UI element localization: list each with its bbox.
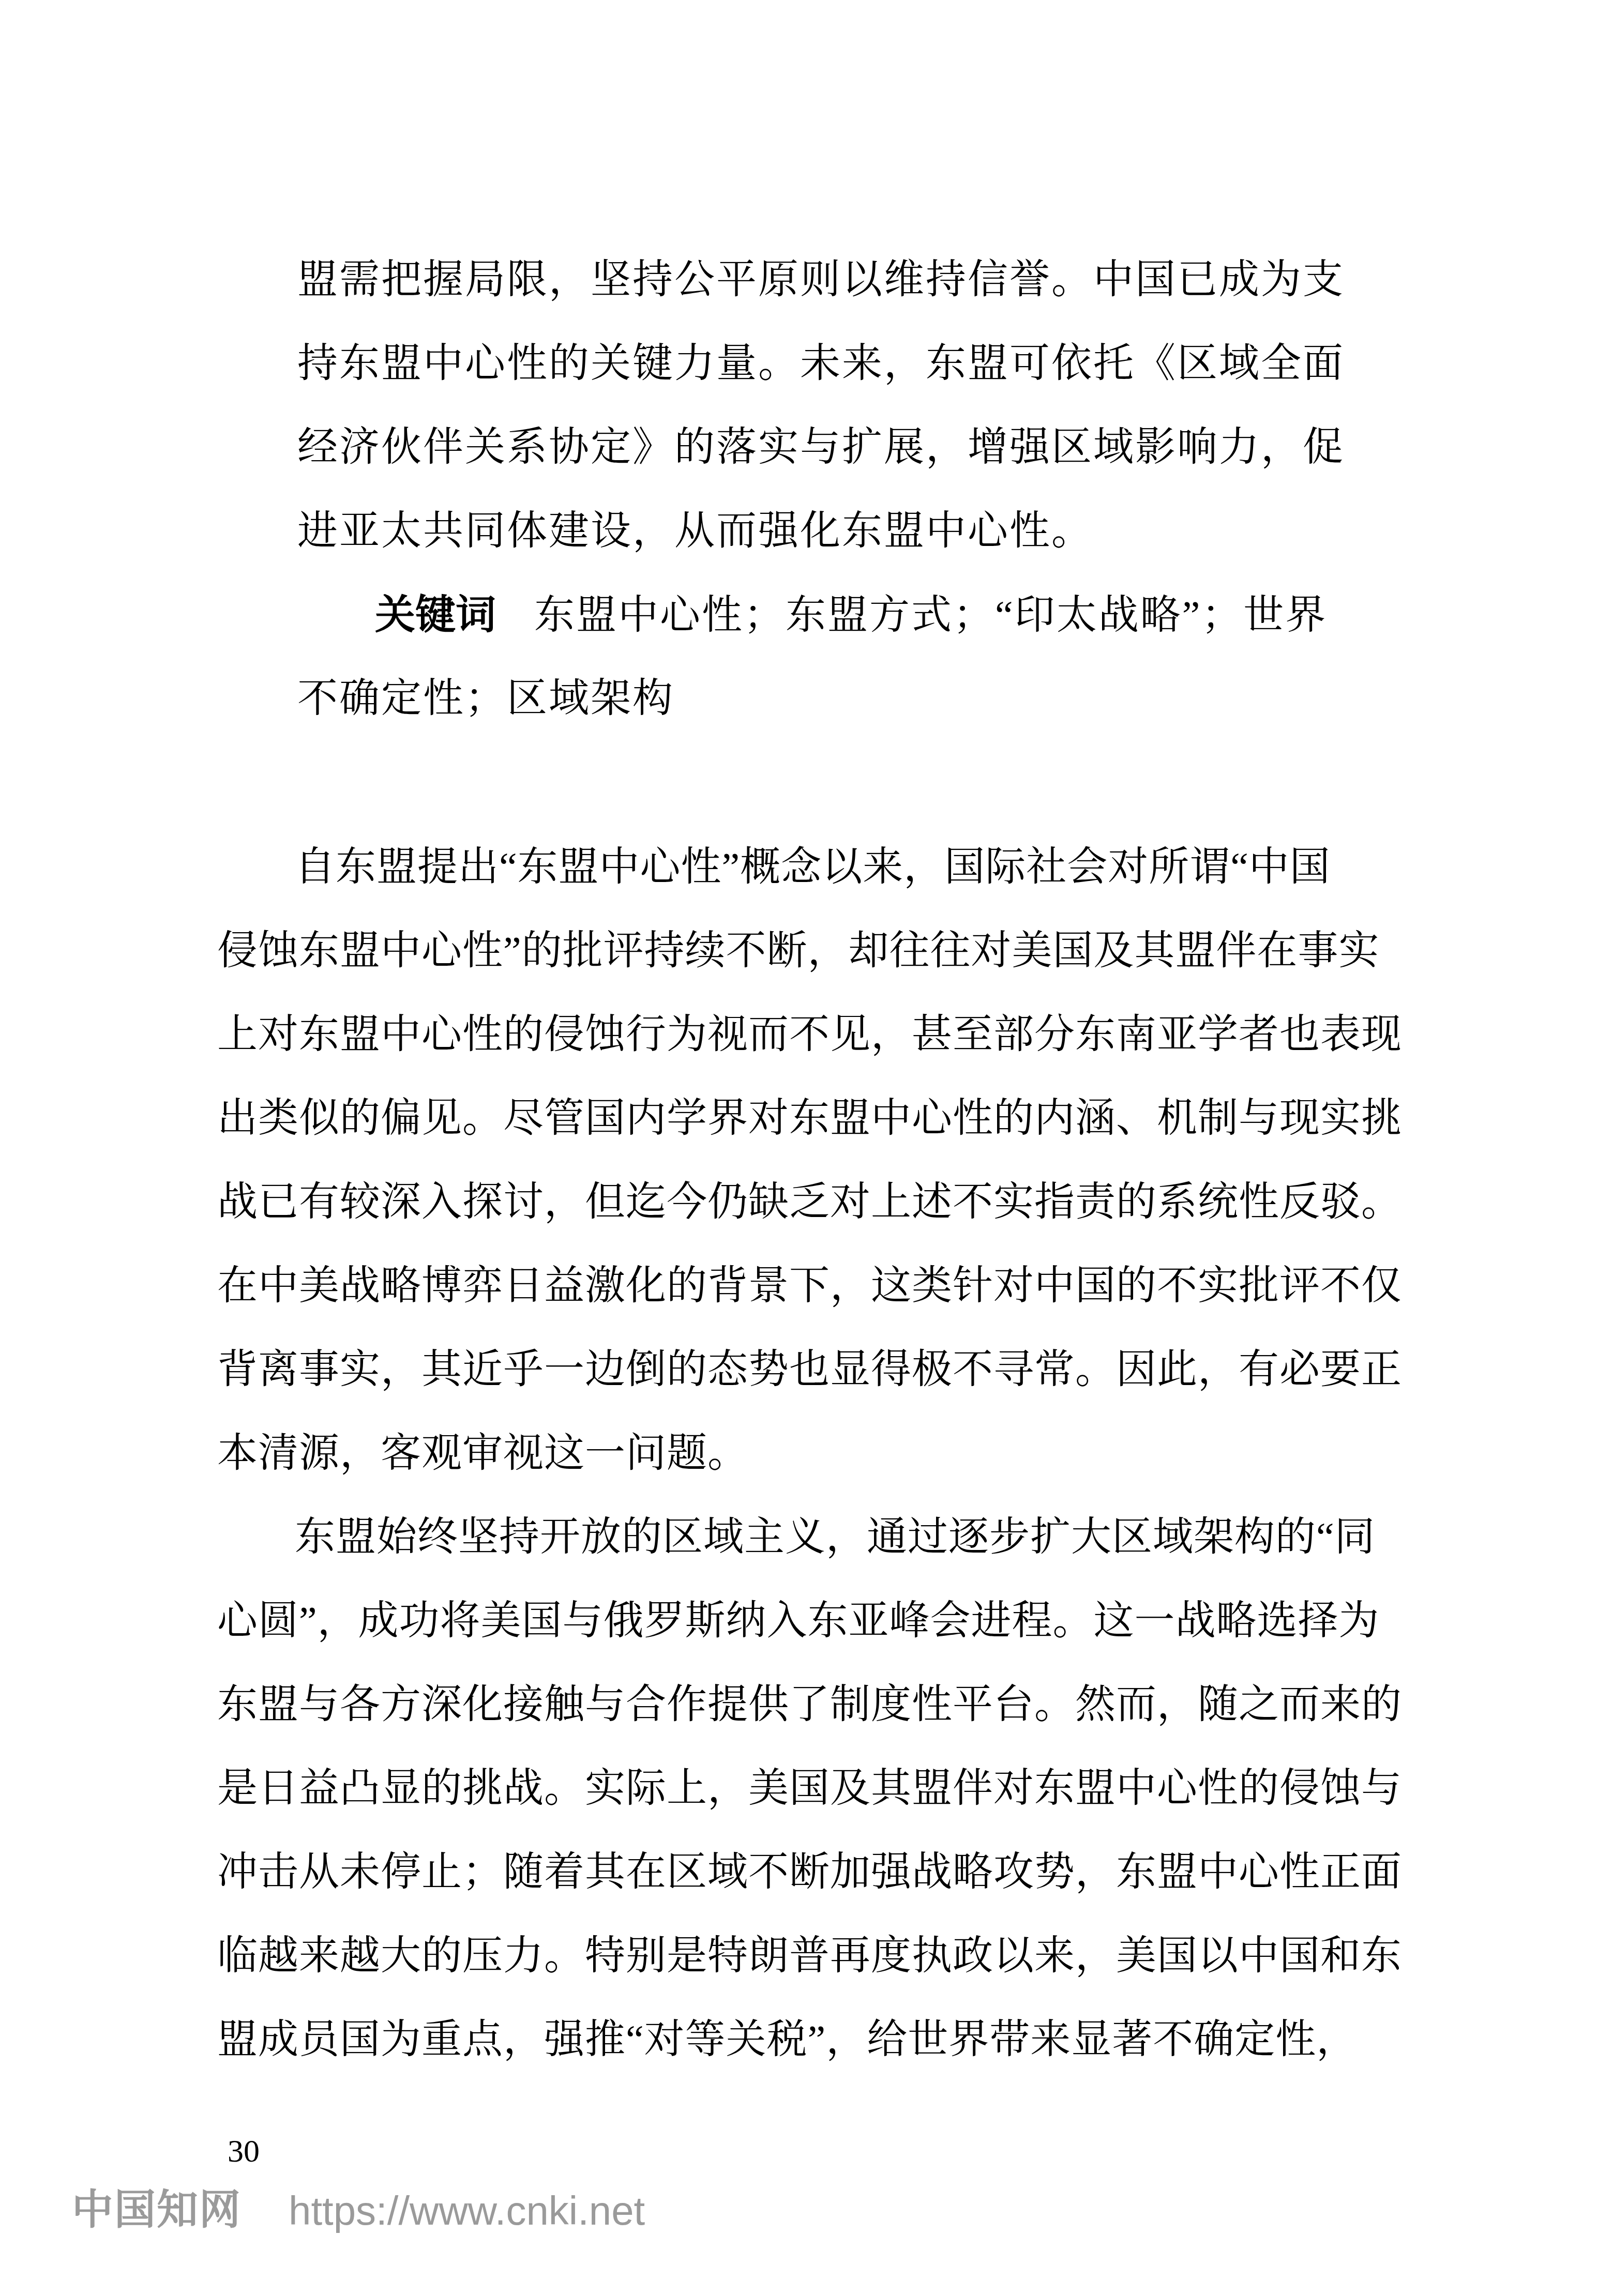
cnki-site-name: 中国知网 [72, 2185, 242, 2234]
abstract-line: 经济伙伴关系协定》的落实与扩展，增强区域影响力，促 [297, 405, 1363, 489]
body-line: 战已有较深入探讨，但迄今仍缺乏对上述不实指责的系统性反驳。 [217, 1160, 1407, 1244]
body-line: 东盟与各方深化接触与合作提供了制度性平台。然而，随之而来的 [217, 1663, 1407, 1746]
body-line: 侵蚀东盟中心性”的批评持续不断，却往往对美国及其盟伴在事实 [217, 909, 1407, 993]
body-line: 出类似的偏见。尽管国内学界对东盟中心性的内涵、机制与现实挑 [217, 1076, 1407, 1160]
body-line: 本清源，客观审视这一问题。 [217, 1411, 1407, 1495]
body-line: 东盟始终坚持开放的区域主义，通过逐步扩大区域架构的“同 [217, 1495, 1407, 1579]
abstract-section: 盟需把握局限，坚持公平原则以维持信誉。中国已成为支 持东盟中心性的关键力量。未来… [297, 238, 1363, 740]
body-line: 心圆”，成功将美国与俄罗斯纳入东亚峰会进程。这一战略选择为 [217, 1579, 1407, 1663]
cnki-site-url: https://www.cnki.net [289, 2187, 645, 2234]
body-line: 自东盟提出“东盟中心性”概念以来，国际社会对所谓“中国 [217, 825, 1407, 909]
page-number: 30 [228, 2133, 260, 2169]
body-line: 盟成员国为重点，强推“对等关税”，给世界带来显著不确定性， [217, 1998, 1407, 2081]
body-line: 是日益凸显的挑战。实际上，美国及其盟伴对东盟中心性的侵蚀与 [217, 1746, 1407, 1830]
abstract-line: 持东盟中心性的关键力量。未来，东盟可依托《区域全面 [297, 322, 1363, 405]
body-line: 在中美战略博弈日益激化的背景下，这类针对中国的不实批评不仅 [217, 1244, 1407, 1328]
keywords-text: 东盟中心性；东盟方式；“印太战略”；世界 [534, 592, 1327, 637]
keywords-line: 关键词东盟中心性；东盟方式；“印太战略”；世界 [297, 573, 1363, 657]
body-text-section: 自东盟提出“东盟中心性”概念以来，国际社会对所谓“中国 侵蚀东盟中心性”的批评持… [217, 825, 1407, 2081]
keywords-line: 不确定性；区域架构 [297, 657, 1363, 740]
abstract-line: 进亚太共同体建设，从而强化东盟中心性。 [297, 489, 1363, 573]
body-line: 背离事实，其近乎一边倒的态势也显得极不寻常。因此，有必要正 [217, 1328, 1407, 1411]
body-line: 临越来越大的压力。特别是特朗普再度执政以来，美国以中国和东 [217, 1914, 1407, 1998]
body-line: 冲击从未停止；随着其在区域不断加强战略攻势，东盟中心性正面 [217, 1830, 1407, 1914]
keywords-text: 不确定性；区域架构 [297, 676, 674, 721]
document-page: 盟需把握局限，坚持公平原则以维持信誉。中国已成为支 持东盟中心性的关键力量。未来… [0, 0, 1613, 2296]
abstract-line: 盟需把握局限，坚持公平原则以维持信誉。中国已成为支 [297, 238, 1363, 322]
keywords-label: 关键词 [375, 592, 496, 637]
body-line: 上对东盟中心性的侵蚀行为视而不见，甚至部分东南亚学者也表现 [217, 993, 1407, 1076]
